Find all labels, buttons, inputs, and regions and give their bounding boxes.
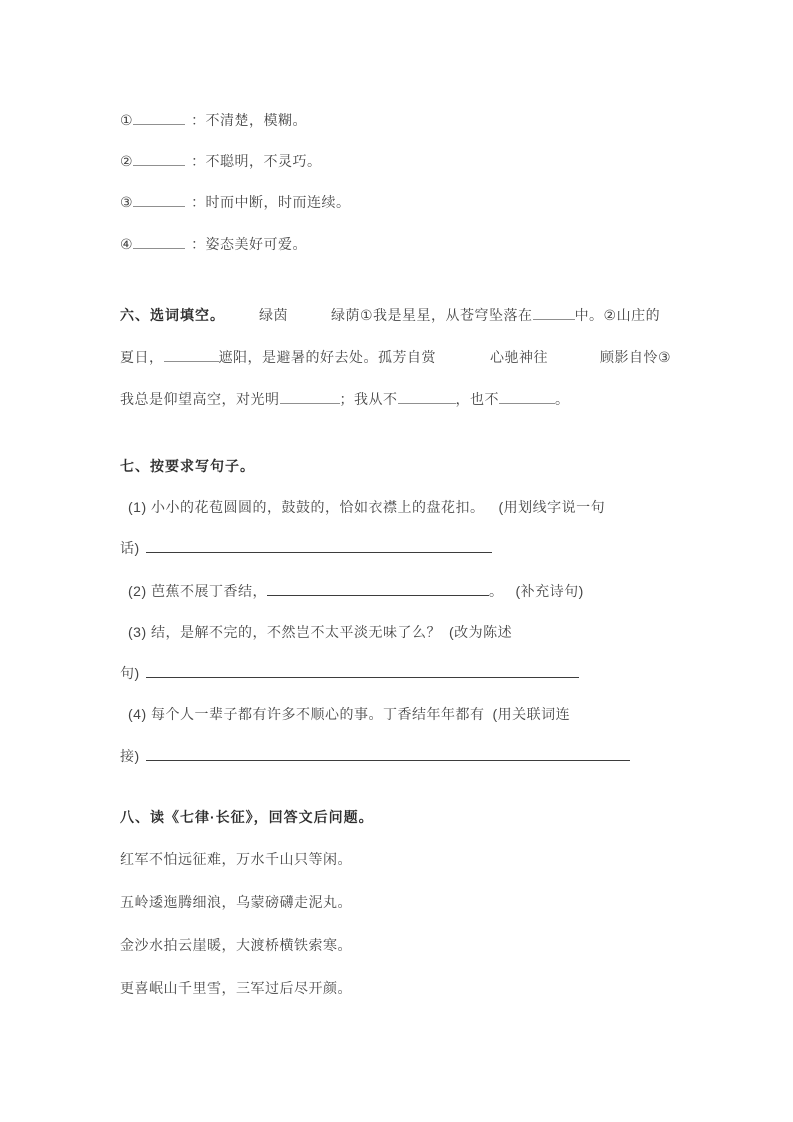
definition-text: ：不聪明，不灵巧。 — [191, 151, 322, 171]
definition-item-4: ④：姿态美好可爱。 — [120, 234, 307, 254]
question-3-answer-row: 句) — [120, 663, 579, 683]
item-number: ③ — [120, 194, 133, 211]
section-six-line-1: 六、选词填空。绿茵绿荫①我是星星，从苍穹坠落在中。②山庄的 — [120, 305, 660, 325]
question-text: ；我从不 — [340, 389, 398, 409]
section-six-heading: 六、选词填空。 — [120, 305, 225, 325]
answer-line — [146, 746, 630, 761]
question-text: 。 — [489, 581, 504, 601]
question-text: 句) — [120, 663, 140, 683]
question-1-line-1: (1) 小小的花苞圆圆的，鼓鼓的，恰如衣襟上的盘花扣。(用划线字说一句 — [128, 497, 605, 517]
definition-text: ：不清楚，模糊。 — [191, 110, 307, 130]
question-3-line-1: (3) 结，是解不完的，不然岂不太平淡无味了么？(改为陈述 — [128, 622, 512, 642]
question-text: (4) 每个人一辈子都有许多不顺心的事。丁香结年年都有 — [128, 704, 485, 724]
item-number: ③ — [658, 349, 671, 366]
definition-item-2: ②：不聪明，不灵巧。 — [120, 151, 322, 171]
section-eight-heading-row: 八、读《七律·长征》，回答文后问题。 — [120, 807, 374, 827]
blank-answer-line — [499, 389, 555, 404]
definition-item-1: ①：不清楚，模糊。 — [120, 110, 307, 130]
hint-text: (改为陈述 — [449, 622, 512, 642]
blank-answer-line — [533, 305, 575, 320]
blank-answer-line — [280, 389, 340, 404]
section-six-line-2: 夏日，遮阳，是避暑的好去处。孤芳自赏心驰神往顾影自怜③ — [120, 347, 671, 367]
question-text: (1) 小小的花苞圆圆的，鼓鼓的，恰如衣襟上的盘花扣。 — [128, 497, 485, 517]
poem-text: 金沙水拍云崖暖，大渡桥横铁索寒。 — [120, 935, 352, 955]
blank-answer-line — [133, 151, 185, 166]
blank-answer-line — [133, 192, 185, 207]
blank-answer-line — [398, 389, 456, 404]
answer-line — [146, 663, 579, 678]
definition-item-3: ③：时而中断，时而连续。 — [120, 192, 351, 212]
poem-line-4: 更喜岷山千里雪，三军过后尽开颜。 — [120, 978, 352, 998]
blank-answer-line — [133, 110, 185, 125]
question-text: 接) — [120, 746, 140, 766]
question-text: (3) 结，是解不完的，不然岂不太平淡无味了么？ — [128, 622, 441, 642]
definition-text: ：姿态美好可爱。 — [191, 234, 307, 254]
question-1-answer-row: 话) — [120, 538, 492, 558]
section-seven-heading: 七、按要求写句子。 — [120, 456, 255, 476]
poem-line-1: 红军不怕远征难，万水千山只等闲。 — [120, 849, 352, 869]
section-six-line-3: 我总是仰望高空，对光明；我从不，也不。 — [120, 389, 570, 409]
answer-line — [267, 581, 489, 596]
worksheet-page: ①：不清楚，模糊。 ②：不聪明，不灵巧。 ③：时而中断，时而连续。 ④：姿态美好… — [0, 0, 793, 1122]
question-text: (2) 芭蕉不展丁香结， — [128, 581, 267, 601]
definition-text: ：时而中断，时而连续。 — [191, 192, 351, 212]
answer-line — [146, 538, 492, 553]
question-text: 遮阳，是避暑的好去处。 — [219, 347, 379, 367]
item-number: ② — [120, 153, 133, 170]
question-2-row: (2) 芭蕉不展丁香结，。(补充诗句) — [128, 581, 584, 601]
blank-answer-line — [133, 234, 185, 249]
poem-line-3: 金沙水拍云崖暖，大渡桥横铁索寒。 — [120, 935, 352, 955]
question-text: ，也不 — [456, 389, 500, 409]
item-number: ④ — [120, 236, 133, 253]
question-text: 夏日， — [120, 347, 164, 367]
section-seven-heading-row: 七、按要求写句子。 — [120, 456, 255, 476]
poem-text: 五岭逶迤腾细浪，乌蒙磅礴走泥丸。 — [120, 892, 352, 912]
word-bank-option: 绿荫 — [331, 305, 360, 325]
hint-text: (用划线字说一句 — [499, 497, 606, 517]
word-bank-option: 孤芳自赏 — [378, 347, 436, 367]
item-number: ① — [120, 112, 133, 129]
hint-text: (补充诗句) — [516, 581, 584, 601]
question-text: ①我是星星，从苍穹坠落在 — [360, 305, 533, 325]
question-4-line-1: (4) 每个人一辈子都有许多不顺心的事。丁香结年年都有(用关联词连 — [128, 704, 570, 724]
question-text: 。 — [555, 389, 570, 409]
word-bank-option: 绿茵 — [259, 305, 288, 325]
word-bank-option: 顾影自怜 — [600, 347, 658, 367]
hint-text: (用关联词连 — [493, 704, 571, 724]
question-text: 中。②山庄的 — [575, 305, 661, 325]
poem-text: 更喜岷山千里雪，三军过后尽开颜。 — [120, 978, 352, 998]
poem-text: 红军不怕远征难，万水千山只等闲。 — [120, 849, 352, 869]
poem-line-2: 五岭逶迤腾细浪，乌蒙磅礴走泥丸。 — [120, 892, 352, 912]
question-text: 话) — [120, 538, 140, 558]
section-eight-heading: 八、读《七律·长征》，回答文后问题。 — [120, 807, 374, 827]
question-4-answer-row: 接) — [120, 746, 630, 766]
word-bank-option: 心驰神往 — [490, 347, 548, 367]
blank-answer-line — [164, 347, 219, 362]
question-text: 我总是仰望高空，对光明 — [120, 389, 280, 409]
